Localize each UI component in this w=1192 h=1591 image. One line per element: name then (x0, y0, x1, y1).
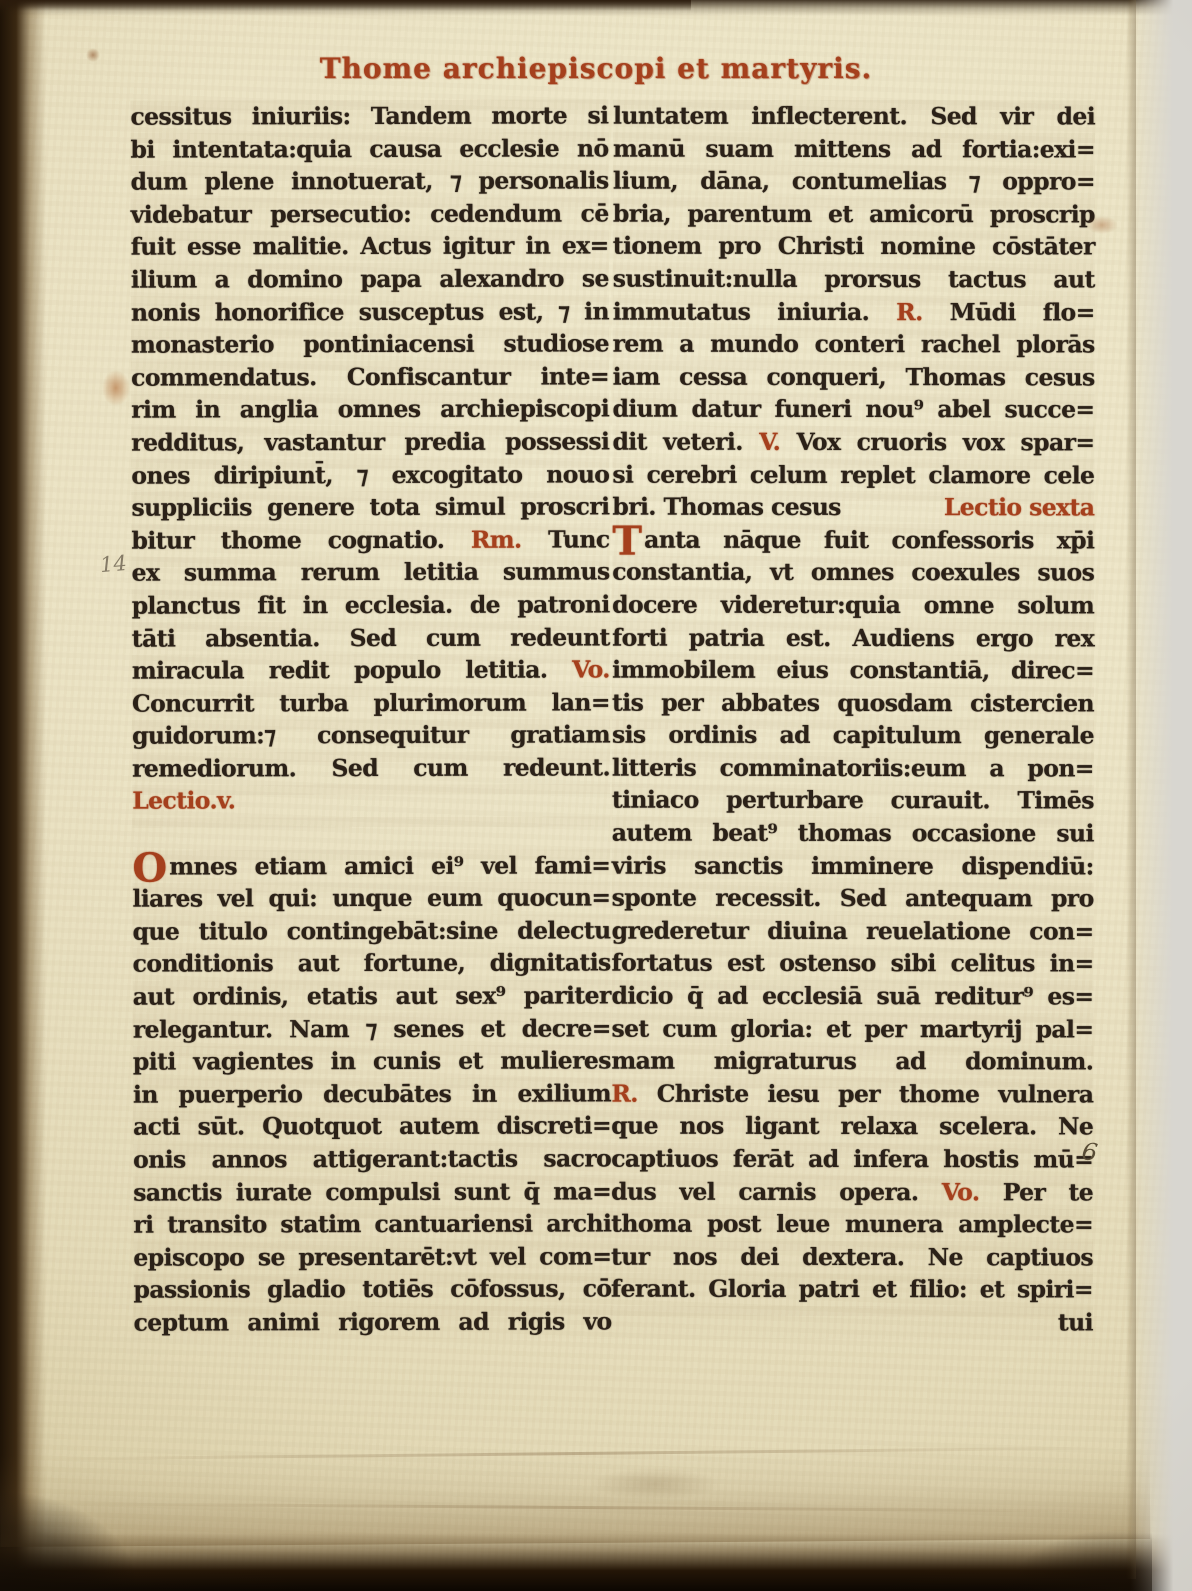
text-line: fortatus est ostenso sibi celitus in= (612, 947, 1094, 980)
body-text: Mūdi flo= (950, 298, 1095, 326)
body-text: constantia, vt omnes coexules suos (612, 558, 1094, 587)
text-line: ferant. Gloria patri et filio: et spiri= (611, 1273, 1093, 1306)
body-text: captiuos ferāt ad infera hostis mū= (611, 1145, 1093, 1174)
body-text: dus vel carnis opera. (611, 1177, 942, 1206)
text-line: manū suam mittens ad fortia:exi= (613, 132, 1095, 165)
body-text: passionis gladio totiēs cōfossus, cō (133, 1275, 611, 1304)
text-line: tionem pro Christi nomine cōstāter (613, 230, 1095, 263)
text-line: ex summa rerum letitia summus (132, 556, 610, 590)
text-line: bitur thome cognatio. Rm. Tunc (131, 523, 609, 557)
body-text: tis per abbates quosdam cistercien (612, 688, 1094, 717)
marginal-note-right: 6 (1080, 1137, 1099, 1167)
page-edge-left (0, 0, 46, 1591)
text-line: liares vel qui: unque eum quocun= (132, 882, 610, 916)
body-text: acti sūt. Quotquot autem discreti= (133, 1112, 611, 1141)
text-line: set cum gloria: et per martyrij pal= (611, 1012, 1093, 1045)
body-text: ex summa rerum letitia summus (132, 558, 610, 587)
text-line: luntatem inflecterent. Sed vir dei (613, 100, 1095, 133)
body-text: immobilem eius constantiā, direc= (612, 656, 1094, 685)
text-line: Concurrit turba plurimorum lan= (132, 686, 610, 720)
body-text: viris sanctis imminere dispendiū: (612, 851, 1094, 880)
body-text: manū suam mittens ad fortia:exi= (613, 134, 1095, 163)
body-text: forti patria est. Audiens ergo rex (612, 623, 1094, 652)
body-text: videbatur persecutio: cedendum cē (131, 199, 609, 228)
text-line: que titulo contingebāt:sine delectu (133, 914, 611, 948)
text-line: in puerperio decubātes in exilium (133, 1077, 611, 1111)
body-text: luntatem inflecterent. Sed vir dei (613, 102, 1095, 131)
body-text: tur nos dei dextera. Ne captiuos (611, 1242, 1093, 1271)
text-column-left: cessitus iniuriis: Tandem morte sibi int… (130, 99, 611, 1339)
body-text: immutatus iniuria. (613, 297, 897, 325)
text-line: monasterio pontiniacensi studiose (131, 328, 609, 362)
text-line: que nos ligant relaxa scelera. Ne (611, 1110, 1093, 1143)
body-text: liares vel qui: unque eum quocun= (132, 884, 610, 913)
body-text: anta nāque fuit confessoris xp̄i (644, 525, 1094, 554)
body-text: bri. Thomas cesus (612, 491, 841, 524)
text-line: grederetur diuina reuelatione con= (612, 914, 1094, 947)
marginal-note-left: 14 (99, 551, 128, 577)
text-line: iam cessa conqueri, Thomas cesus (613, 360, 1095, 393)
rubric-text: R. (896, 298, 950, 326)
text-line: R. Christe iesu per thome vulnera (611, 1077, 1093, 1110)
body-text: docere videretur:quia omne solum (612, 590, 1094, 619)
text-line: Omnes etiam amici ei⁹ vel fami= (132, 849, 610, 883)
text-line: tis per abbates quosdam cistercien (612, 686, 1094, 719)
text-line: aut ordinis, etatis aut sex⁹ pariter (133, 979, 611, 1013)
body-text: onis annos attigerant:tactis sacro (133, 1144, 611, 1173)
body-text: mam migraturus ad dominum. (611, 1047, 1093, 1076)
body-text: nonis honorifice susceptus est, ⁊ in (131, 297, 609, 326)
body-text: piti vagientes in cunis et mulieres (133, 1047, 611, 1076)
body-text: miracula redit populo letitia. (132, 656, 572, 685)
body-text: relegantur. Nam ⁊ senes et decre= (133, 1014, 611, 1043)
text-line: acti sūt. Quotquot autem discreti= (133, 1110, 611, 1144)
scanned-page-photo: Thome archiepiscopi et martyris. cessitu… (0, 0, 1192, 1591)
rubric-text: Lectio sexta (944, 491, 1095, 524)
body-text: episcopo se presentarēt:vt vel com= (133, 1242, 611, 1271)
body-text: tiniaco perturbare curauit. Timēs (612, 786, 1094, 815)
text-line: episcopo se presentarēt:vt vel com= (133, 1240, 611, 1274)
text-line: rim in anglia omnes archiepiscopi (131, 393, 609, 427)
body-text: ilium a domino papa alexandro se (131, 264, 609, 293)
text-line: planctus fit in ecclesia. de patroni (132, 588, 610, 622)
body-text: litteris comminatoriis:eum a pon= (612, 753, 1094, 782)
body-text: que titulo contingebāt:sine delectu (133, 916, 611, 945)
text-line: commendatus. Confiscantur inte= (131, 360, 609, 394)
body-text: ferant. Gloria patri et filio: et spiri= (611, 1275, 1093, 1304)
text-line: suppliciis genere tota simul proscri (131, 491, 609, 525)
body-text: dicio q̄ ad ecclesiā suā reditur⁹ es= (611, 982, 1093, 1011)
body-text: redditus, vastantur predia possessi (131, 427, 609, 456)
body-text: bitur thome cognatio. (131, 525, 470, 554)
text-line: dicio q̄ ad ecclesiā suā reditur⁹ es= (611, 980, 1093, 1013)
text-line: ri transito statim cantuariensi archi (133, 1208, 611, 1242)
page-paper: Thome archiepiscopi et martyris. cessitu… (0, 0, 1192, 1591)
body-text: sustinuit:nulla prorsus tactus aut (613, 265, 1095, 294)
body-text: dum plene innotuerat, ⁊ personalis (131, 167, 609, 196)
text-line: videbatur persecutio: cedendum cē (131, 197, 609, 231)
text-line: constantia, vt omnes coexules suos (612, 556, 1094, 589)
text-line: mam migraturus ad dominum. (611, 1045, 1093, 1078)
body-text: si cerebri celum replet clamore cele (612, 460, 1094, 489)
text-line: sis ordinis ad capitulum generale (612, 719, 1094, 752)
rust-stain (102, 370, 130, 406)
rubric-text: Rm. (471, 525, 548, 553)
text-line: tāti absentia. Sed cum redeunt (132, 621, 610, 655)
text-line: docere videretur:quia omne solum (612, 588, 1094, 621)
body-text: Concurrit turba plurimorum lan= (132, 688, 610, 717)
body-text: Christe iesu per thome vulnera (657, 1079, 1094, 1108)
text-line: miracula redit populo letitia. Vo. (132, 653, 610, 687)
body-text: autem beat⁹ thomas occasione sui (612, 819, 1094, 848)
body-text: bria, parentum et amicorū proscrip (613, 199, 1095, 228)
body-text: sanctis iurate compulsi sunt q̄ ma= (133, 1177, 611, 1206)
text-line: dium datur funeri nou⁹ abel succe= (613, 393, 1095, 426)
body-text: rem a mundo conteri rachel plorās (613, 330, 1095, 359)
text-line: immutatus iniuria. R. Mūdi flo= (613, 295, 1095, 328)
text-line: ones diripiunt̄, ⁊ excogitato nouo (131, 458, 609, 492)
text-line: dit veteri. V. Vox cruoris vox spar= (612, 426, 1094, 459)
text-line: sponte recessit. Sed antequam pro (612, 882, 1094, 915)
page-edge-top-dark (0, 0, 691, 11)
body-text: tionem pro Christi nomine cōstāter (613, 232, 1095, 261)
text-line: sanctis iurate compulsi sunt q̄ ma= (133, 1175, 611, 1209)
body-text: ones diripiunt̄, ⁊ excogitato nouo (131, 460, 609, 489)
text-line: immobilem eius constantiā, direc= (612, 654, 1094, 687)
text-line: sustinuit:nulla prorsus tactus aut (613, 263, 1095, 296)
text-line: ilium a domino papa alexandro se (131, 262, 609, 296)
text-line: thoma post leue munera amplecte= (611, 1208, 1093, 1241)
text-line: bi intentata:quia causa ecclesie nō (130, 132, 608, 166)
corner-shadow-bottom-left (0, 1461, 180, 1591)
body-text: mnes etiam amici ei⁹ vel fami= (169, 851, 610, 880)
body-text: remediorum. Sed cum redeunt. (132, 753, 610, 782)
rubric-text: Vo. (572, 655, 610, 683)
body-text: que nos ligant relaxa scelera. Ne (611, 1112, 1093, 1141)
text-line: litteris comminatoriis:eum a pon= (612, 751, 1094, 784)
text-line: relegantur. Nam ⁊ senes et decre= (133, 1012, 611, 1046)
body-text: monasterio pontiniacensi studiose (131, 330, 609, 359)
body-text: thoma post leue munera amplecte= (611, 1210, 1093, 1239)
text-line: lium, dāna, contumelias ⁊ oppro= (613, 165, 1095, 198)
text-line: tui (611, 1306, 1093, 1339)
text-line: tiniaco perturbare curauit. Timēs (612, 784, 1094, 817)
text-line: dum plene innotuerat, ⁊ personalis (131, 165, 609, 199)
body-text: Vox cruoris vox spar= (796, 428, 1094, 457)
text-line: tur nos dei dextera. Ne captiuos (611, 1240, 1093, 1273)
text-line: captiuos ferāt ad infera hostis mū= (611, 1143, 1093, 1176)
body-text: Tunc (548, 525, 609, 553)
body-text: bi intentata:quia causa ecclesie nō (130, 134, 608, 163)
body-text: in puerperio decubātes in exilium (133, 1079, 611, 1108)
text-line: forti patria est. Audiens ergo rex (612, 621, 1094, 654)
body-text: rim in anglia omnes archiepiscopi (131, 395, 609, 424)
body-text: fuit esse malitie. Actus igitur in ex= (131, 232, 609, 261)
body-text: cessitus iniuriis: Tandem morte si (130, 101, 608, 130)
body-text: iam cessa conqueri, Thomas cesus (613, 362, 1095, 391)
body-text: lium, dāna, contumelias ⁊ oppro= (613, 167, 1095, 196)
text-line: onis annos attigerant:tactis sacro (133, 1142, 611, 1176)
text-line: piti vagientes in cunis et mulieres (133, 1045, 611, 1079)
body-text: ri transito statim cantuariensi archi (133, 1210, 611, 1239)
text-line: fuit esse malitie. Actus igitur in ex= (131, 230, 609, 264)
body-text: set cum gloria: et per martyrij pal= (611, 1014, 1093, 1043)
body-text: conditionis aut fortune, dignitatis (133, 949, 611, 978)
text-line: autem beat⁹ thomas occasione sui (612, 817, 1094, 850)
body-text: Per te (1003, 1178, 1094, 1206)
text-line: bria, parentum et amicorū proscrip (613, 197, 1095, 230)
body-text: commendatus. Confiscantur inte= (131, 362, 609, 391)
body-text: suppliciis genere tota simul proscri (131, 493, 609, 522)
blank-line (132, 816, 610, 850)
photo-edge-right (1130, 0, 1192, 1591)
corner-shadow-bottom-right (992, 1511, 1152, 1591)
text-line: Lectio.v. (132, 784, 610, 818)
body-text: aut ordinis, etatis aut sex⁹ pariter (133, 981, 611, 1010)
body-text: dium datur funeri nou⁹ abel succe= (613, 395, 1095, 424)
body-text: sponte recessit. Sed antequam pro (612, 884, 1094, 913)
ink-speck (86, 48, 100, 62)
body-text: planctus fit in ecclesia. de patroni (132, 590, 610, 619)
text-line: conditionis aut fortune, dignitatis (133, 947, 611, 981)
text-line: remediorum. Sed cum redeunt. (132, 751, 610, 785)
body-text: dit veteri. (612, 428, 759, 456)
running-title: Thome archiepiscopi et martyris. (0, 52, 1192, 85)
rust-stain-small (1086, 216, 1118, 234)
body-text: tui (1058, 1308, 1093, 1336)
body-text: grederetur diuina reuelatione con= (612, 916, 1094, 945)
text-line: redditus, vastantur predia possessi (131, 425, 609, 459)
body-text: guidorum:⁊ consequitur gratiam (132, 721, 610, 750)
body-text: tāti absentia. Sed cum redeunt (132, 623, 610, 652)
text-line: passionis gladio totiēs cōfossus, cō (133, 1273, 611, 1307)
text-line: bri. Thomas cesusLectio sexta (612, 491, 1094, 524)
rubric-text: Lectio.v. (132, 787, 235, 815)
text-line: Tanta nāque fuit confessoris xp̄i (612, 523, 1094, 556)
rubric-text: R. (611, 1079, 656, 1107)
text-line: dus vel carnis opera. Vo. Per te (611, 1175, 1093, 1208)
text-line: si cerebri celum replet clamore cele (612, 458, 1094, 491)
text-line: ceptum animi rigorem ad rigis vo (134, 1305, 612, 1339)
rubric-text: Vo. (942, 1178, 1003, 1206)
text-line: guidorum:⁊ consequitur gratiam (132, 719, 610, 753)
body-text: ceptum animi rigorem ad rigis vo (134, 1307, 612, 1336)
text-line: rem a mundo conteri rachel plorās (613, 328, 1095, 361)
text-line: viris sanctis imminere dispendiū: (612, 849, 1094, 882)
body-text: sis ordinis ad capitulum generale (612, 721, 1094, 750)
body-text: fortatus est ostenso sibi celitus in= (612, 949, 1094, 978)
text-column-right: luntatem inflecterent. Sed vir deimanū s… (611, 100, 1095, 1339)
text-line: cessitus iniuriis: Tandem morte si (130, 99, 608, 133)
rubric-text: V. (759, 428, 796, 456)
text-line: nonis honorifice susceptus est, ⁊ in (131, 295, 609, 329)
